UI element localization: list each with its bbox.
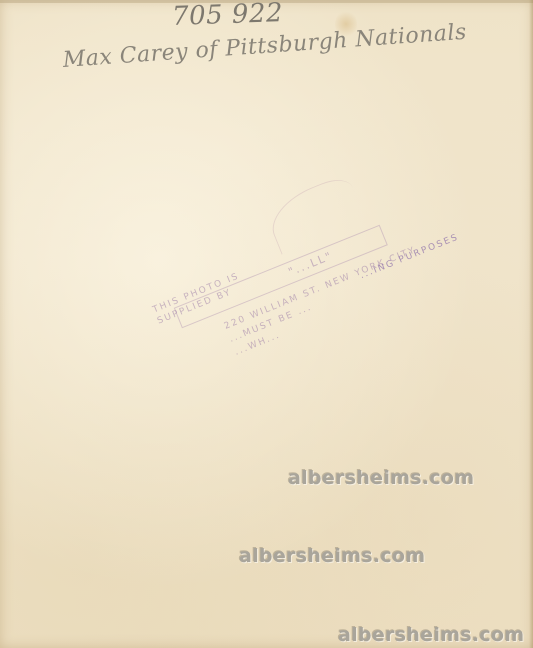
faded-stamp: THIS PHOTO IS SUPPLIED BY "...LL" 220 WI…	[123, 151, 476, 449]
right-edge	[529, 0, 533, 648]
watermark: albersheims.com	[288, 467, 474, 489]
watermark: albersheims.com	[239, 545, 425, 567]
photo-back: 705 922 Max Carey of Pittsburgh National…	[0, 0, 533, 648]
catalog-number: 705 922	[172, 0, 284, 32]
watermark: albersheims.com	[338, 624, 524, 646]
